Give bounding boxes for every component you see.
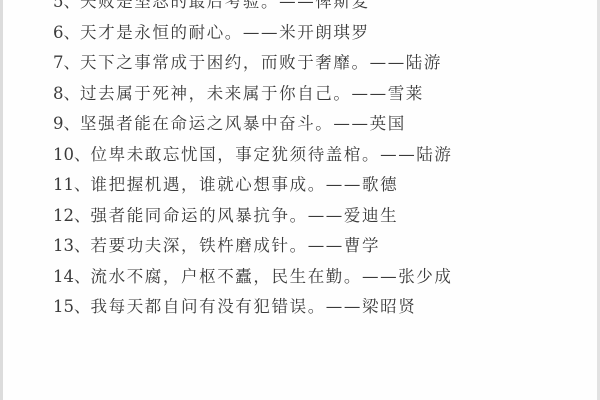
item-number: 15、 <box>53 297 91 316</box>
list-item: 13、若要功夫深，铁杵磨成针。——曹学 <box>53 231 453 262</box>
quote-text: 位卑未敢忘忧国，事定犹须待盖棺。——陆游 <box>91 145 453 164</box>
item-number: 9、 <box>53 114 80 133</box>
quote-text: 流水不腐，户枢不蠹，民生在勤。——张少成 <box>91 267 453 286</box>
quote-text: 天下之事常成于困约，而败于奢靡。——陆游 <box>80 53 442 72</box>
item-number: 11、 <box>53 175 91 194</box>
list-item: 12、强者能同命运的风暴抗争。——爱迪生 <box>53 201 453 232</box>
list-item: 6、天才是永恒的耐心。——米开朗琪罗 <box>53 18 453 49</box>
list-item: 7、天下之事常成于困约，而败于奢靡。——陆游 <box>53 48 453 79</box>
item-number: 8、 <box>53 84 80 103</box>
list-item: 10、位卑未敢忘忧国，事定犹须待盖棺。——陆游 <box>53 140 453 171</box>
page-edge-left <box>0 0 3 400</box>
quote-list: 5、失败是坚忍的最后考验。——俾斯麦 6、天才是永恒的耐心。——米开朗琪罗 7、… <box>53 0 453 323</box>
quote-text: 坚强者能在命运之风暴中奋斗。——英国 <box>80 114 406 133</box>
quote-text: 天才是永恒的耐心。——米开朗琪罗 <box>80 23 370 42</box>
list-item: 11、谁把握机遇，谁就心想事成。——歌德 <box>53 170 453 201</box>
document-page: 5、失败是坚忍的最后考验。——俾斯麦 6、天才是永恒的耐心。——米开朗琪罗 7、… <box>0 0 600 400</box>
list-item: 8、过去属于死神，未来属于你自己。——雪莱 <box>53 79 453 110</box>
list-item: 15、我每天都自问有没有犯错误。——梁昭贤 <box>53 292 453 323</box>
item-number: 5、 <box>53 0 80 11</box>
quote-text: 若要功夫深，铁杵磨成针。——曹学 <box>91 236 381 255</box>
item-number: 10、 <box>53 145 91 164</box>
quote-text: 强者能同命运的风暴抗争。——爱迪生 <box>91 206 399 225</box>
item-number: 12、 <box>53 206 91 225</box>
quote-text: 过去属于死神，未来属于你自己。——雪莱 <box>80 84 424 103</box>
item-number: 14、 <box>53 267 91 286</box>
item-number: 6、 <box>53 23 80 42</box>
item-number: 13、 <box>53 236 91 255</box>
quote-text: 谁把握机遇，谁就心想事成。——歌德 <box>91 175 399 194</box>
item-number: 7、 <box>53 53 80 72</box>
list-item: 5、失败是坚忍的最后考验。——俾斯麦 <box>53 0 453 18</box>
quote-text: 失败是坚忍的最后考验。——俾斯麦 <box>80 0 370 11</box>
list-item: 9、坚强者能在命运之风暴中奋斗。——英国 <box>53 109 453 140</box>
quote-text: 我每天都自问有没有犯错误。——梁昭贤 <box>91 297 417 316</box>
list-item: 14、流水不腐，户枢不蠹，民生在勤。——张少成 <box>53 262 453 293</box>
